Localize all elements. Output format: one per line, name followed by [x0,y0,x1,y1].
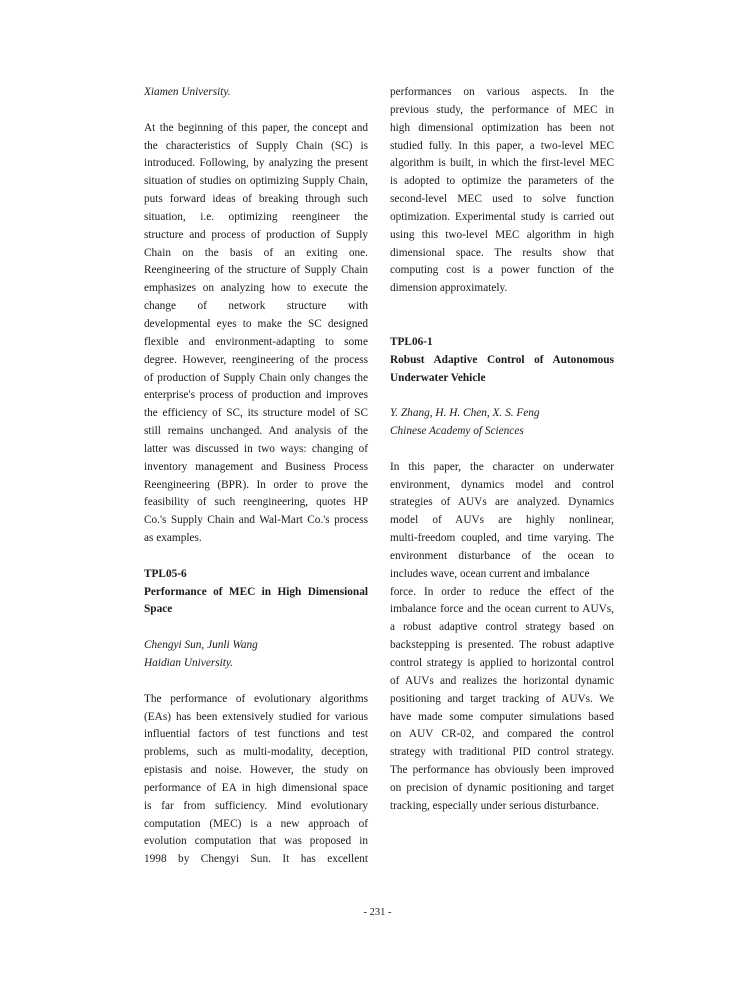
abstract-line: includes wave, ocean current and imbalan… [390,566,614,584]
abstract-line: tracking, especially under serious distu… [390,798,614,816]
abstract-line: Co.'s Supply Chain and Wal-Mart Co.'s pr… [144,512,368,530]
abstract-line: still remains unchanged. And analysis of… [144,423,368,441]
spacer [390,298,614,316]
left-column: Xiamen University. At the beginning of t… [144,84,368,869]
abstract-line: (EAs) has been extensively studied for v… [144,709,368,727]
abstract-line: degree. However, reengineering of the pr… [144,352,368,370]
abstract-line: on AUV CR-02, and compared the control [390,726,614,744]
spacer [390,316,614,334]
right-column: performances on various aspects. In the … [390,84,614,816]
abstract-line: influential factors of test functions an… [144,726,368,744]
abstract-line: positioning and target tracking of AUVs.… [390,691,614,709]
abstract-line: control strategy is applied to horizonta… [390,655,614,673]
abstract-line: evolution computation that was proposed … [144,833,368,851]
prev-paper-abstract: At the beginning of this paper, the conc… [144,120,368,548]
spacer [144,619,368,637]
abstract-line: performance of EA in high dimensional sp… [144,780,368,798]
abstract-line: is adopted to optimize the parameters of… [390,173,614,191]
abstract-line: algorithm is built, in which the first-l… [390,155,614,173]
abstract-line: high dimensional optimization has been n… [390,120,614,138]
abstract-line: epistasis and noise. However, the study … [144,762,368,780]
abstract-line: optimization. Experimental study is carr… [390,209,614,227]
abstract-line: emphasizes on analyzing how to execute t… [144,280,368,298]
paper-authors: Y. Zhang, H. H. Chen, X. S. Feng [390,405,614,423]
abstract-line: using this two-level MEC algorithm in hi… [390,227,614,245]
abstract-line: dimensional space. The results show that [390,245,614,263]
abstract-line: strategy with traditional PID control st… [390,744,614,762]
abstract-line: as examples. [144,530,368,548]
spacer [144,548,368,566]
abstract-line: multi-freedom coupled, and time varying.… [390,530,614,548]
abstract-line: force. In order to reduce the effect of … [390,584,614,602]
spacer [390,441,614,459]
paper-affiliation: Haidian University. [144,655,368,673]
abstract-line: structure and process of production of S… [144,227,368,245]
abstract-line: previous study, the performance of MEC i… [390,102,614,120]
abstract-line: have made some computer simulations base… [390,709,614,727]
abstract-line: developmental eyes to make the SC design… [144,316,368,334]
abstract-line: situation, i.e. optimizing reengineer th… [144,209,368,227]
abstract-line: enterprise's process of production and i… [144,387,368,405]
paper-code: TPL05-6 [144,566,368,584]
abstract-line: environment disturbance of the ocean to [390,548,614,566]
abstract-line: the characteristics of Supply Chain (SC)… [144,138,368,156]
page-number: - 231 - [0,907,755,918]
abstract-line: change of network structure with [144,298,368,316]
abstract-line: introduced. Following, by analyzing the … [144,155,368,173]
abstract-line: dimension approximately. [390,280,614,298]
spacer [144,673,368,691]
prev-paper-affiliation: Xiamen University. [144,84,368,102]
abstract-line: At the beginning of this paper, the conc… [144,120,368,138]
abstract-line: studied fully. In this paper, a two-leve… [390,138,614,156]
paper-affiliation: Chinese Academy of Sciences [390,423,614,441]
abstract-line: The performance has obviously been impro… [390,762,614,780]
paper-title-line: Performance of MEC in High Dimensional [144,584,368,602]
paper-tpl06-1: TPL06-1 Robust Adaptive Control of Auton… [390,334,614,816]
abstract-line: latter was discussed in two ways: changi… [144,441,368,459]
abstract-line: flexible and environment-adapting to som… [144,334,368,352]
paper-title-line: Space [144,601,368,619]
abstract-line: inventory management and Business Proces… [144,459,368,477]
abstract-line: The performance of evolutionary algorith… [144,691,368,709]
abstract-line: on precision of dynamic positioning and … [390,780,614,798]
spacer [144,102,368,120]
paper-title-line: Underwater Vehicle [390,370,614,388]
abstract-line: second-level MEC used to solve function [390,191,614,209]
abstract-line: 1998 by Chengyi Sun. It has excellent [144,851,368,869]
abstract-line: of AUVs and realizes the horizontal dyna… [390,673,614,691]
abstract-line: problems, such as multi-modality, decept… [144,744,368,762]
abstract-line: backstepping is presented. The robust ad… [390,637,614,655]
abstract-line: Reengineering of the structure of Supply… [144,262,368,280]
abstract-line: In this paper, the character on underwat… [390,459,614,477]
abstract-line: of production of Supply Chain only chang… [144,370,368,388]
abstract-line: environment, dynamics model and control [390,477,614,495]
abstract-line: Chain on the basis of an exiting one. [144,245,368,263]
abstract-line: a robust adaptive control strategy based… [390,619,614,637]
abstract-line: performances on various aspects. In the [390,84,614,102]
abstract-line: model of AUVs are highly nonlinear, [390,512,614,530]
abstract-line: computing cost is a power function of th… [390,262,614,280]
abstract-line: is far from sufficiency. Mind evolutiona… [144,798,368,816]
abstract-line: situation of studies on optimizing Suppl… [144,173,368,191]
paper-tpl05-6: TPL05-6 Performance of MEC in High Dimen… [144,566,368,869]
paper-title-line: Robust Adaptive Control of Autonomous [390,352,614,370]
paper-authors: Chengyi Sun, Junli Wang [144,637,368,655]
abstract-line: the efficiency of SC, its structure mode… [144,405,368,423]
abstract-line: puts forward ideas of breaking through s… [144,191,368,209]
abstract-line: strategies of AUVs are analyzed. Dynamic… [390,494,614,512]
abstract-line: Reengineering (BPR). In order to prove t… [144,477,368,495]
continued-abstract: performances on various aspects. In the … [390,84,614,298]
paper-code: TPL06-1 [390,334,614,352]
abstract-line: imbalance force and the ocean current to… [390,601,614,619]
spacer [390,387,614,405]
abstract-line: computation (MEC) is a new approach of [144,816,368,834]
abstract-line: feasibility of such reengineering, quote… [144,494,368,512]
